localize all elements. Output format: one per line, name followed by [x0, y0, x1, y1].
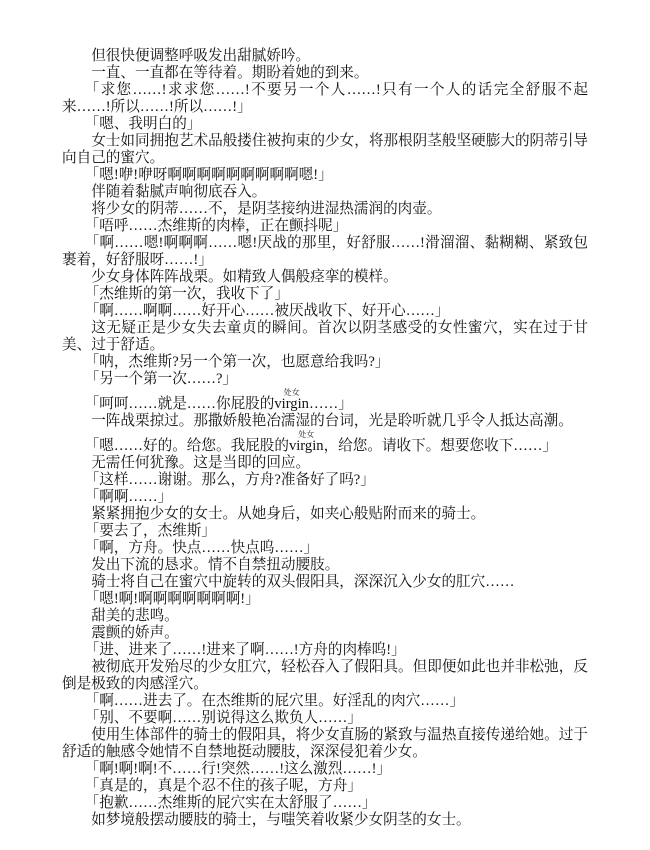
ruby-annotated-word: virgin处女	[274, 396, 309, 412]
document-page: 但很快便调整呼吸发出甜腻娇吟。一直、一直都在等待着。期盼着她的到来。「求您……!…	[0, 0, 650, 850]
paragraph: 「抱歉……杰维斯的屁穴实在太舒服了……」	[62, 795, 588, 812]
paragraph: 伴随着黏腻声响彻底吞入。	[62, 184, 588, 201]
ruby-text: 处女	[274, 388, 309, 397]
paragraph: 「另一个第一次……?」	[62, 371, 588, 388]
paragraph: 「呵呵……就是……你屁股的virgin处女……」	[62, 388, 588, 413]
paragraph: 「啊啊……」	[62, 489, 588, 506]
paragraph: 「嗯!咿!咿呀啊啊啊啊啊啊啊啊啊嗯!」	[62, 167, 588, 184]
paragraph: 「进、进来了……!进来了啊……!方舟的肉棒呜!」	[62, 642, 588, 659]
paragraph: 使用生体部件的骑士的假阳具，将少女直肠的紧致与温热直接传递给她。过于舒适的触感令…	[62, 727, 588, 761]
ruby-annotated-word: virgin处女	[289, 438, 324, 454]
paragraph: 这无疑正是少女失去童贞的瞬间。首次以阴茎感受的女性蜜穴，实在过于甘美、过于舒适。	[62, 320, 588, 354]
paragraph: 「嗯!啊!啊啊啊啊啊啊啊!」	[62, 591, 588, 608]
paragraph: 少女身体阵阵战栗。如精致人偶般痉挛的模样。	[62, 269, 588, 286]
paragraph: 「嗯……好的。给您。我屁股的virgin处女，给您。请收下。想要您收下……」	[62, 430, 588, 455]
paragraph: 「别、不要啊……别说得这么欺负人……」	[62, 710, 588, 727]
paragraph: 女士如同拥抱艺术品般搂住被拘束的少女，将那根阴茎般坚硬膨大的阴蒂引导向自己的蜜穴…	[62, 133, 588, 167]
paragraph: 将少女的阴蒂……不，是阴茎接纳进湿热濡润的肉壶。	[62, 201, 588, 218]
text-body: 但很快便调整呼吸发出甜腻娇吟。一直、一直都在等待着。期盼着她的到来。「求您……!…	[62, 48, 588, 829]
paragraph: 无需任何犹豫。这是当即的回应。	[62, 455, 588, 472]
paragraph: 发出下流的恳求。情不自禁扭动腰肢。	[62, 557, 588, 574]
paragraph: 「求您……!求求您……!不要另一个人……!只有一个人的话完全舒服不起来……!所以…	[62, 82, 588, 116]
paragraph: 紧紧拥抱少女的女士。从她身后，如夹心般贴附而来的骑士。	[62, 506, 588, 523]
ruby-text: 处女	[289, 430, 324, 439]
paragraph: 「真是的，真是个忍不住的孩子呢，方舟」	[62, 778, 588, 795]
paragraph: 被彻底开发殆尽的少女肛穴，轻松吞入了假阳具。但即便如此也并非松弛，反倒是极致的肉…	[62, 659, 588, 693]
paragraph: 「唔呼……杰维斯的肉棒，正在颤抖呢」	[62, 218, 588, 235]
paragraph: 如梦境般摆动腰肢的骑士，与嗤笑着收紧少女阴茎的女士。	[62, 812, 588, 829]
paragraph: 「啊……嗯!啊啊啊……嗯!厌战的那里，好舒服……!滑溜溜、黏糊糊、紧致包裹着，好…	[62, 235, 588, 269]
paragraph: 「啊……进去了。在杰维斯的屁穴里。好淫乱的肉穴……」	[62, 693, 588, 710]
paragraph: 「要去了，杰维斯」	[62, 523, 588, 540]
paragraph: 但很快便调整呼吸发出甜腻娇吟。	[62, 48, 588, 65]
paragraph: 一直、一直都在等待着。期盼着她的到来。	[62, 65, 588, 82]
paragraph: 「这样……谢谢。那么，方舟?准备好了吗?」	[62, 472, 588, 489]
paragraph: 「杰维斯的第一次，我收下了」	[62, 286, 588, 303]
paragraph: 「嗯、我明白的」	[62, 116, 588, 133]
paragraph: 甜美的悲鸣。	[62, 608, 588, 625]
paragraph: 「啊，方舟。快点……快点呜……」	[62, 540, 588, 557]
paragraph: 一阵战栗掠过。那撒娇般艳冶濡湿的台词，光是聆听就几乎令人抵达高潮。	[62, 413, 588, 430]
paragraph: 骑士将自己在蜜穴中旋转的双头假阳具，深深沉入少女的肛穴……	[62, 574, 588, 591]
paragraph: 「啊……啊啊……好开心……被厌战收下、好开心……」	[62, 303, 588, 320]
paragraph: 「呐，杰维斯?另一个第一次，也愿意给我吗?」	[62, 354, 588, 371]
paragraph: 「啊!啊!啊!不……行!突然……!这么激烈……!」	[62, 761, 588, 778]
paragraph: 震颤的娇声。	[62, 625, 588, 642]
